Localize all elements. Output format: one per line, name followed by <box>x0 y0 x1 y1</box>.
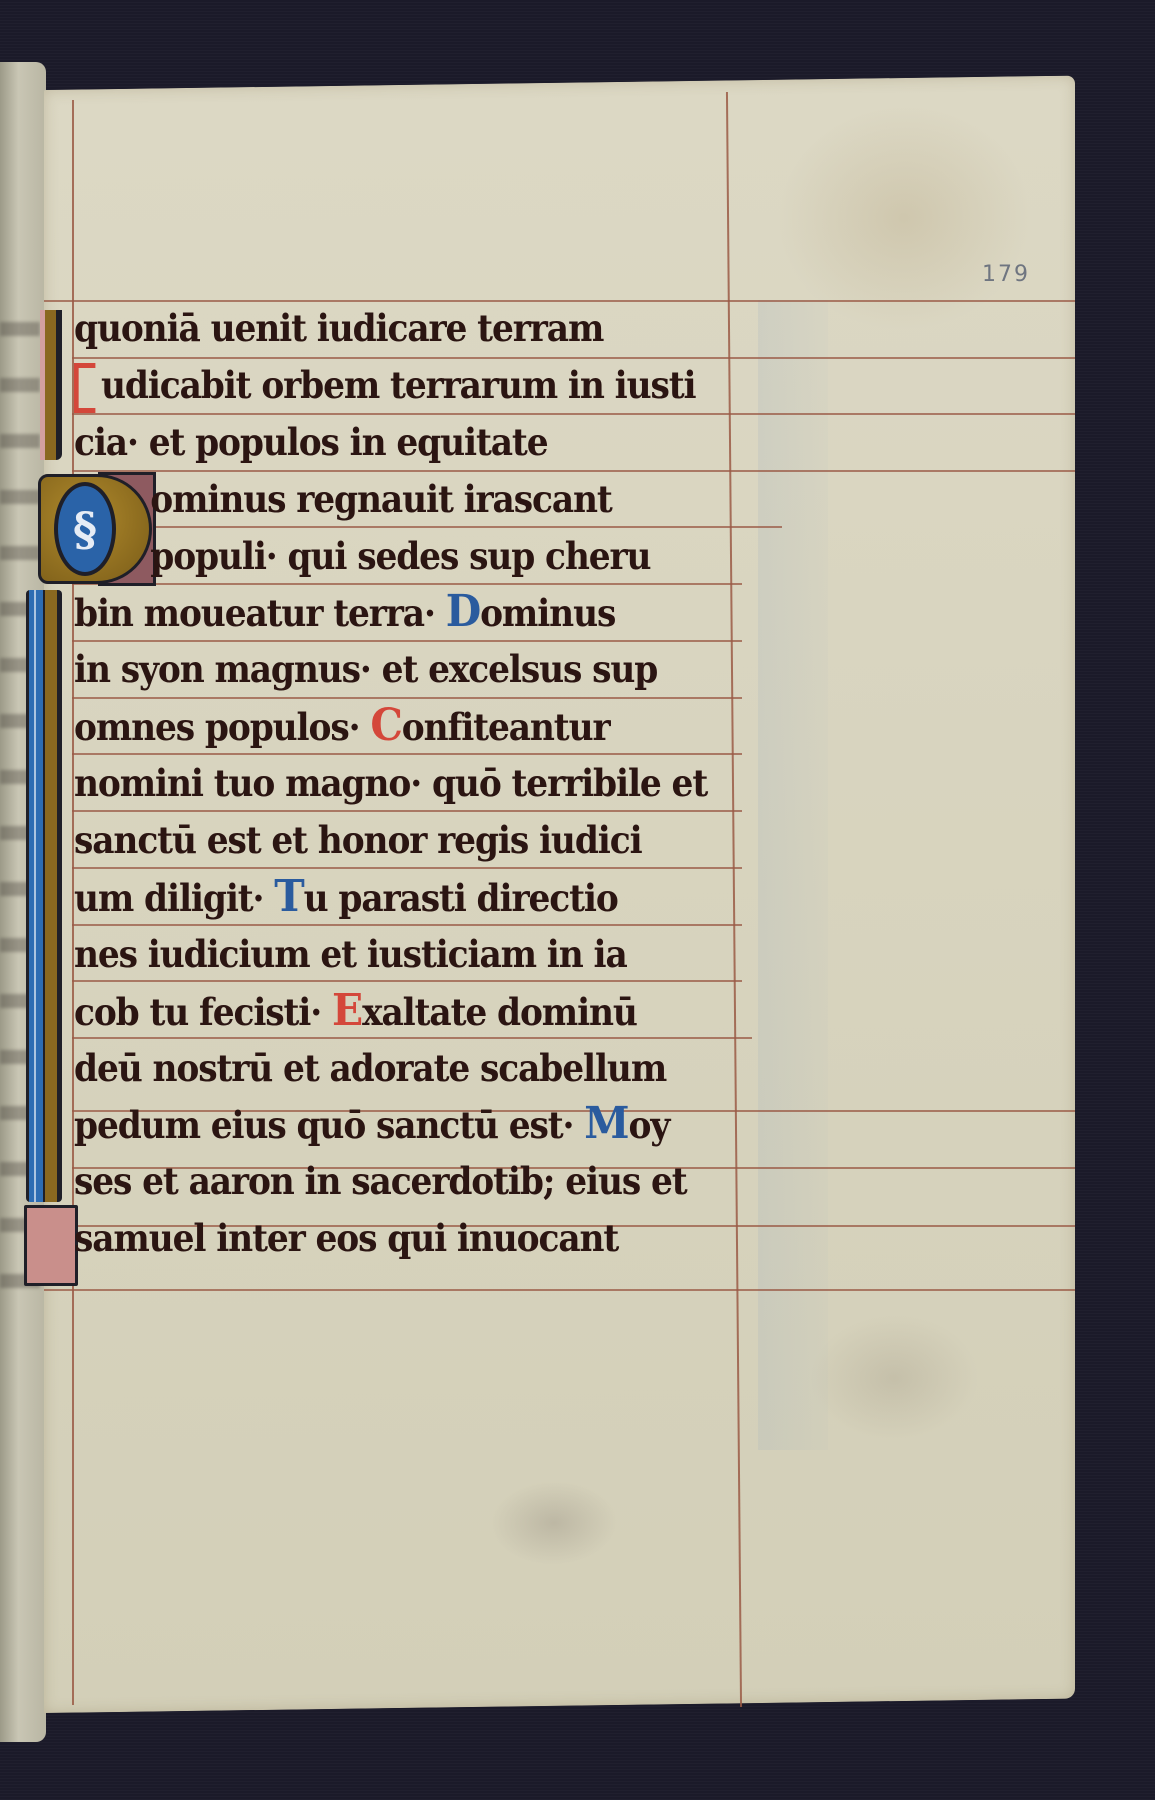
text-line: in syon magnus· et excelsus sup <box>74 641 697 698</box>
text-block: quoniā uenit iudicare terram udicabit or… <box>74 300 744 1267</box>
text-line: populi· qui sedes sup cheru <box>74 528 697 585</box>
red-initial: E <box>332 985 362 1036</box>
text-line: samuel inter eos qui inuocant <box>74 1210 697 1267</box>
text-line: bin moueatur terra· Dominus <box>74 584 697 641</box>
text-line: quoniā uenit iudicare terram <box>74 300 697 357</box>
text-line: omnes populos· Confiteantur <box>74 698 697 755</box>
text-line: deū nostrū et adorate scabellum <box>74 1040 697 1097</box>
text-line: um diligit· Tu parasti directio <box>74 869 697 926</box>
red-initial-i <box>74 363 95 413</box>
border-bar-upper <box>40 310 62 460</box>
text-line: cob tu fecisti· Exaltate dominū <box>74 983 697 1040</box>
ruled-line <box>44 1289 1075 1291</box>
text-line: pedum eius quō sanctū est· Moy <box>74 1096 697 1153</box>
text-line: udicabit orbem terrarum in iusti <box>74 357 697 414</box>
text-line: cia· et populos in equitate <box>74 414 697 471</box>
border-bar-lower <box>26 590 62 1202</box>
text-line: sanctū est et honor regis iudici <box>74 812 697 869</box>
text-line: ses et aaron in sacerdotib; eius et <box>74 1153 697 1210</box>
red-initial: C <box>370 700 401 751</box>
text-line: nes iudicium et iusticiam in ia <box>74 926 697 983</box>
folio-number: 179 <box>982 262 1030 287</box>
blue-initial: D <box>446 586 480 637</box>
text-line: ominus regnauit irascant <box>74 471 697 528</box>
blue-initial: M <box>584 1098 628 1149</box>
blue-initial: T <box>274 871 303 922</box>
text-line: nomini tuo magno· quō terribile et <box>74 755 697 812</box>
border-terminal <box>24 1205 78 1286</box>
offset-stain <box>758 300 828 1450</box>
